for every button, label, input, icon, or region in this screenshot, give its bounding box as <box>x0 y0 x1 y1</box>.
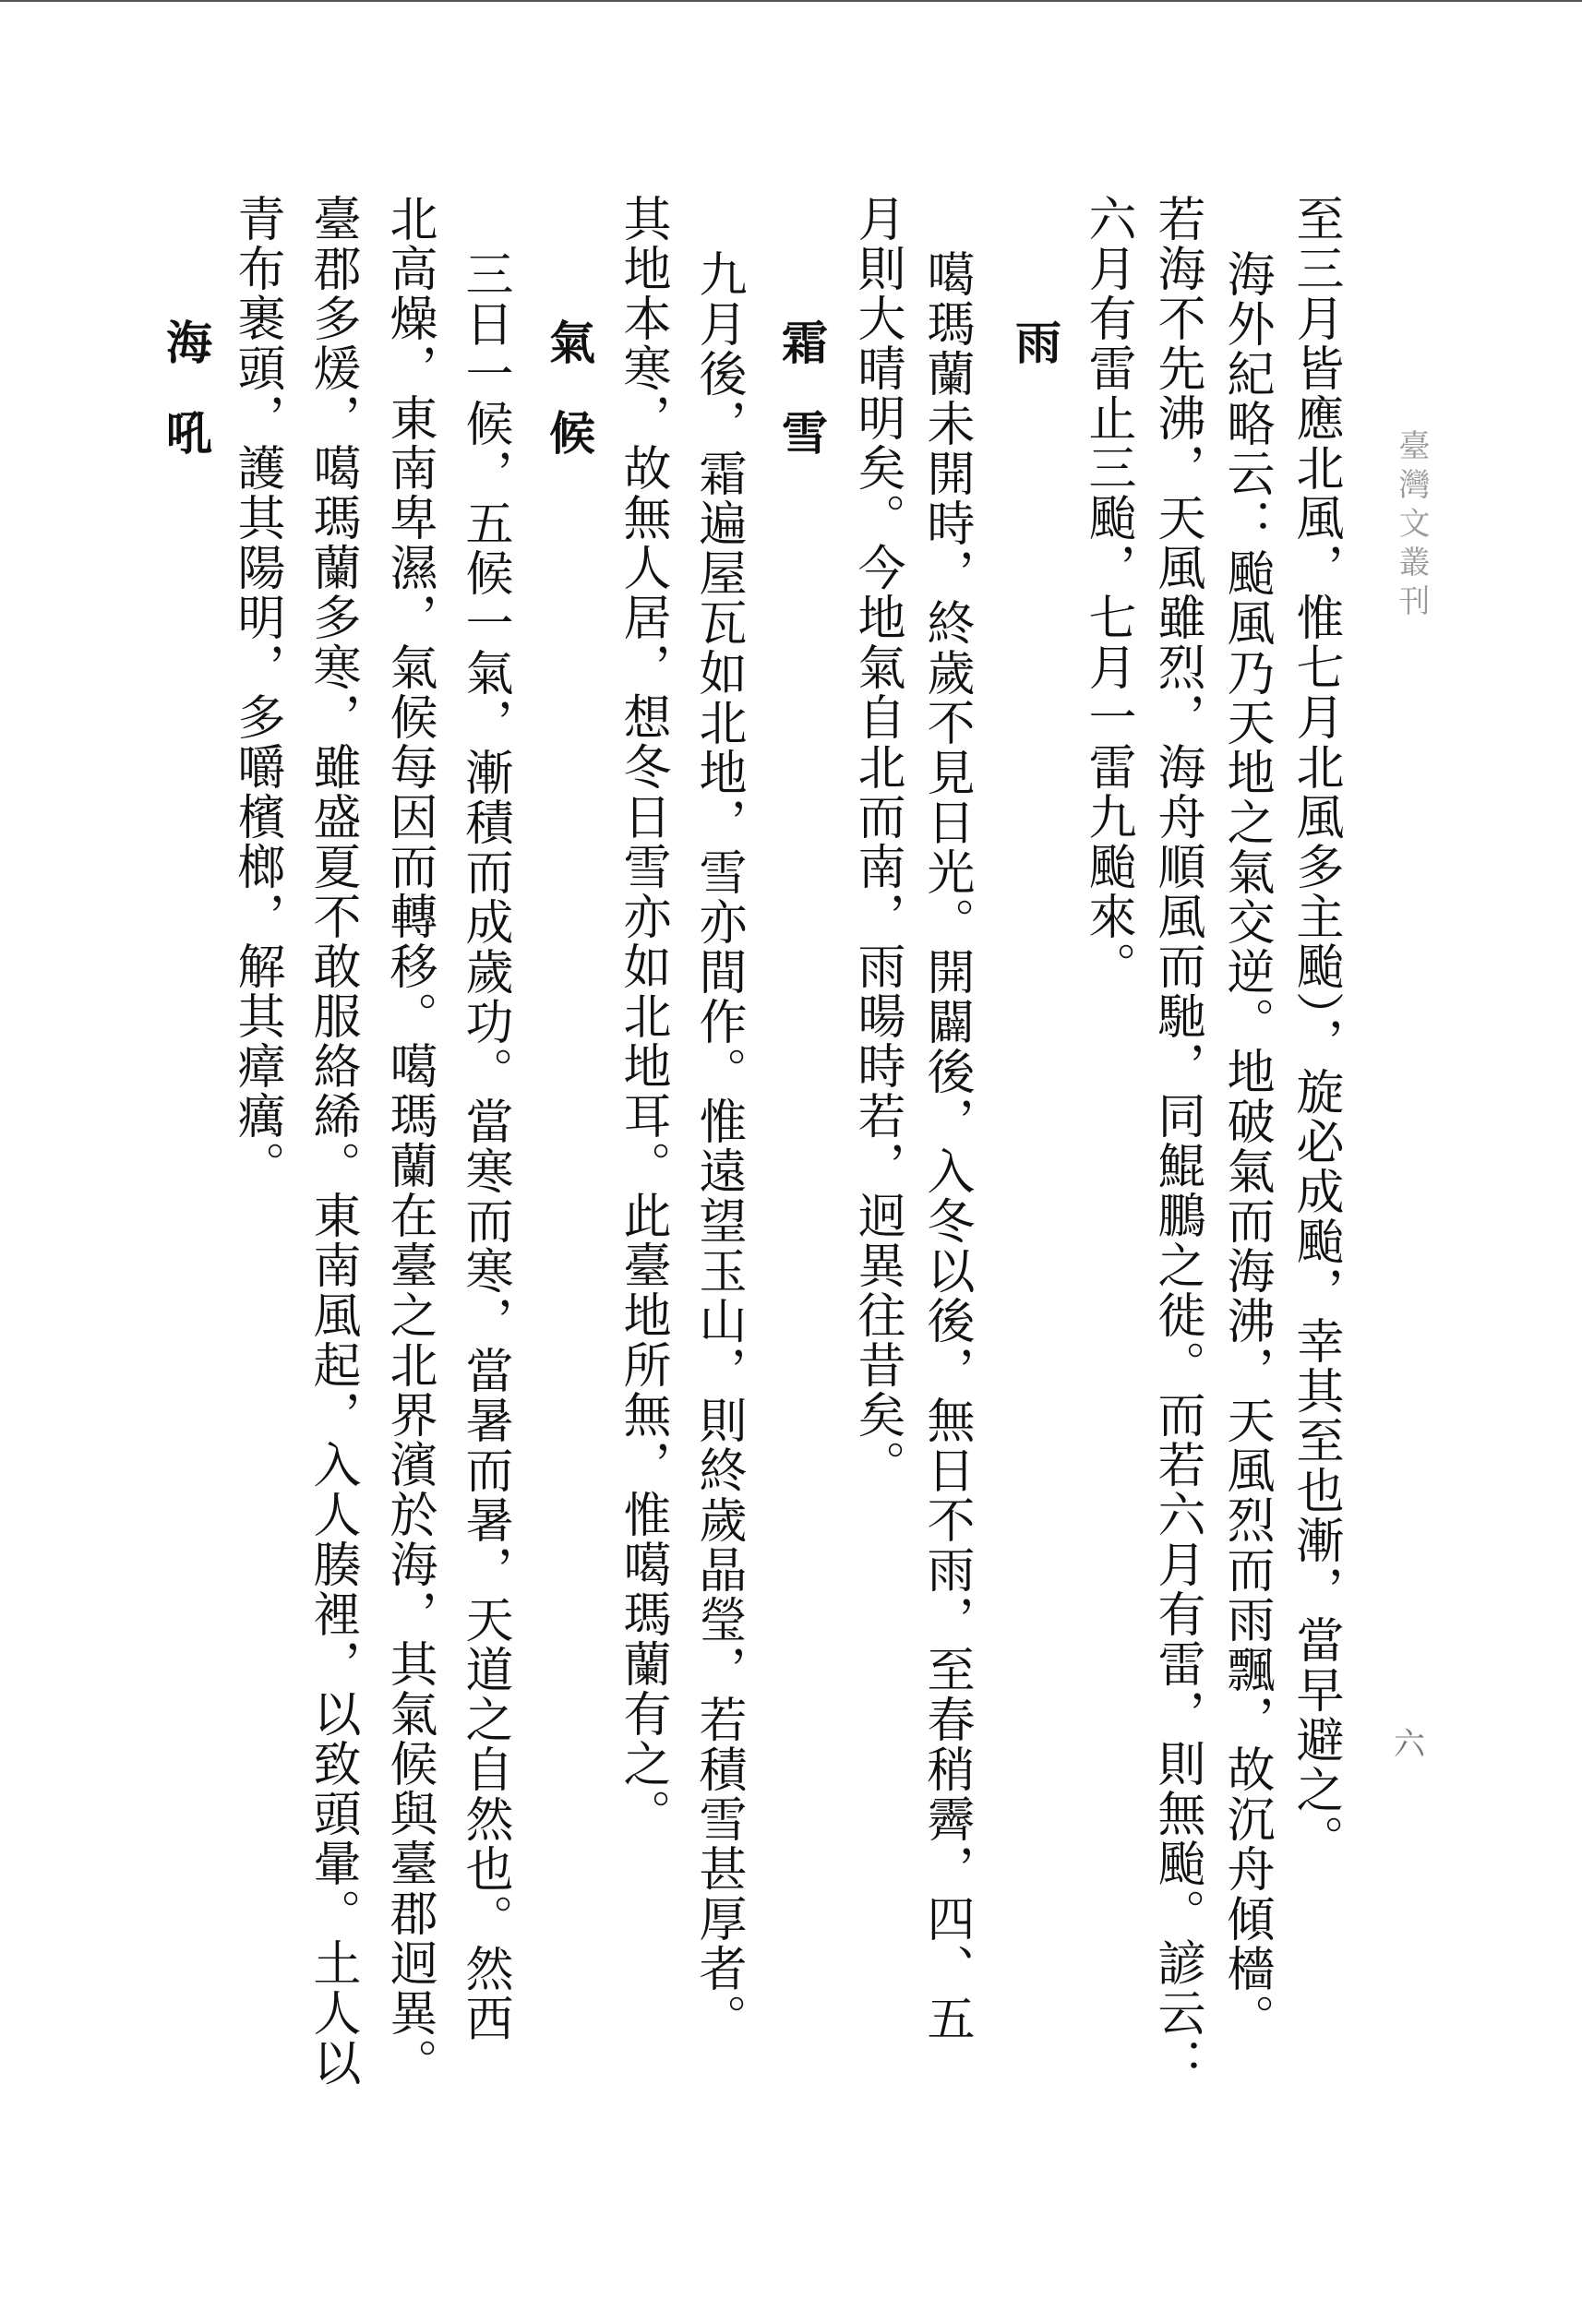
scanned-page: 臺灣文叢刊 六 至三月皆應北風，惟七月北風多主颱），旋必成颱，幸其至也漸，當早避… <box>0 0 1582 2324</box>
rain-paragraph-1: 噶瑪蘭未開時，終歲不見日光。開闢後，入冬以後，無日不雨，至春稍霽，四、五 <box>918 249 974 2043</box>
section-heading-sea-roar: 海吼 <box>152 318 219 499</box>
climate-paragraph-2: 北高燥，東南卑濕，氣候每因而轉移。噶瑪蘭在臺之北界濱於海，其氣候與臺郡迥異。 <box>381 194 437 2088</box>
page-number: 六 <box>1394 1719 1425 1764</box>
text-column-2: 海外紀略云：颱風乃天地之氣交逆。地破氣而海沸，天風烈而雨飄，故沉舟傾檣。 <box>1218 249 1274 2043</box>
running-header: 臺灣文叢刊 <box>1389 429 1434 623</box>
rain-paragraph-2: 月則大晴明矣。今地氣自北而南，雨暘時若，迥異往昔矣。 <box>849 194 905 1490</box>
climate-paragraph-3: 臺郡多煖，噶瑪蘭多寒，雖盛夏不敢服絡絺。東南風起，入人腠裡，以致頭暈。土人以 <box>305 194 360 2088</box>
frost-paragraph-2: 其地本寒，故無人居，想冬日雪亦如北地耳。此臺地所無，惟噶瑪蘭有之。 <box>615 194 670 1839</box>
section-heading-climate: 氣候 <box>535 318 602 499</box>
text-column-1: 至三月皆應北風，惟七月北風多主颱），旋必成颱，幸其至也漸，當早避之。 <box>1288 194 1343 1864</box>
text-column-3: 若海不先沸，天風雖烈，海舟順風而馳，同鯤鵬之徙。而若六月有雷，則無颱。諺云： <box>1149 194 1204 2088</box>
climate-paragraph-1: 三日一候，五候一氣，漸積而成歲功。當寒而寒，當暑而暑，天道之自然也。然西 <box>457 249 512 2043</box>
section-heading-frost-snow: 霜雪 <box>768 318 834 499</box>
section-heading-rain: 雨 <box>1001 318 1068 409</box>
frost-paragraph-1: 九月後，霜遍屋瓦如北地，雪亦間作。惟遠望玉山，則終歲晶瑩，若積雪甚厚者。 <box>690 249 746 2043</box>
climate-paragraph-4: 青布裹頭，護其陽明，多嚼檳榔，解其瘴癘。 <box>229 194 284 1191</box>
top-border-line <box>0 0 1582 2</box>
text-column-4: 六月有雷止三颱，七月一雷九颱來。 <box>1080 194 1135 991</box>
